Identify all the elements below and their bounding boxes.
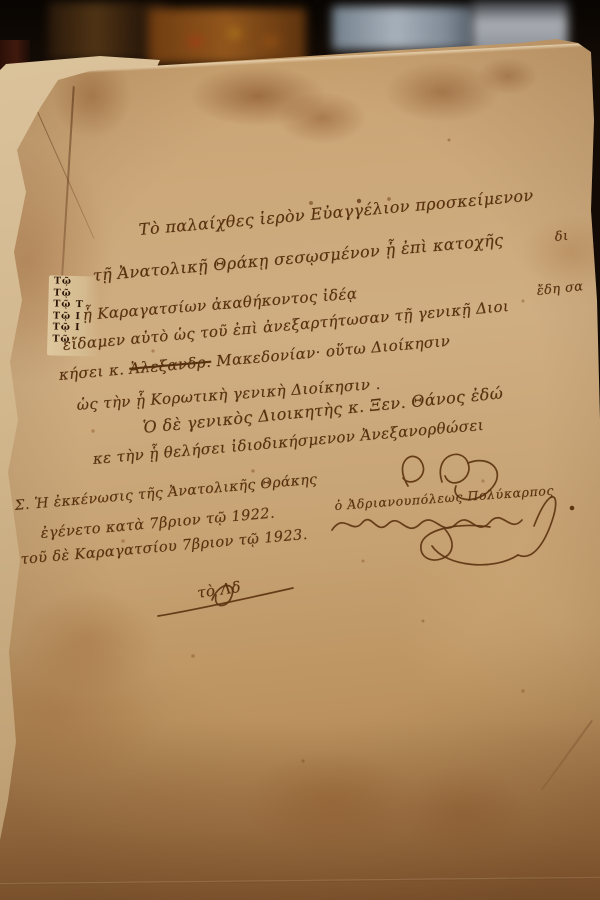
line5-struck-word: Ἀλεξανδρ. [128,353,211,378]
photo-scene: Τῷ Τῷ Τῷ Τ Τῷ Ι Τῷ Ι Τῷ Τὸ παλαίχθες ἱερ… [0,0,600,900]
margin-note-1: δι [554,229,569,245]
handwriting-line-2: τῇ Ἀνατολικῇ Θράκῃ σεσῳσμένον ᾗ ἐπὶ κατο… [92,230,504,285]
blurred-book-orange [148,8,306,64]
flap-crease [30,95,95,238]
manuscript-page: Τῷ Τῷ Τῷ Τ Τῷ Ι Τῷ Ι Τῷ Τὸ παλαίχθες ἱερ… [0,0,600,900]
line5-pre: κήσει κ. [58,360,130,384]
right-corner-crease [541,720,593,790]
blurred-book-blue [332,6,474,50]
handwriting-line-1: Τὸ παλαίχθες ἱερὸν Εὐαγγέλιον προσκείμεν… [138,185,534,238]
tear-line-top-left [59,86,74,308]
margin-note-2: ἔδη σα [536,279,584,299]
bottom-fold-crease [0,877,600,885]
